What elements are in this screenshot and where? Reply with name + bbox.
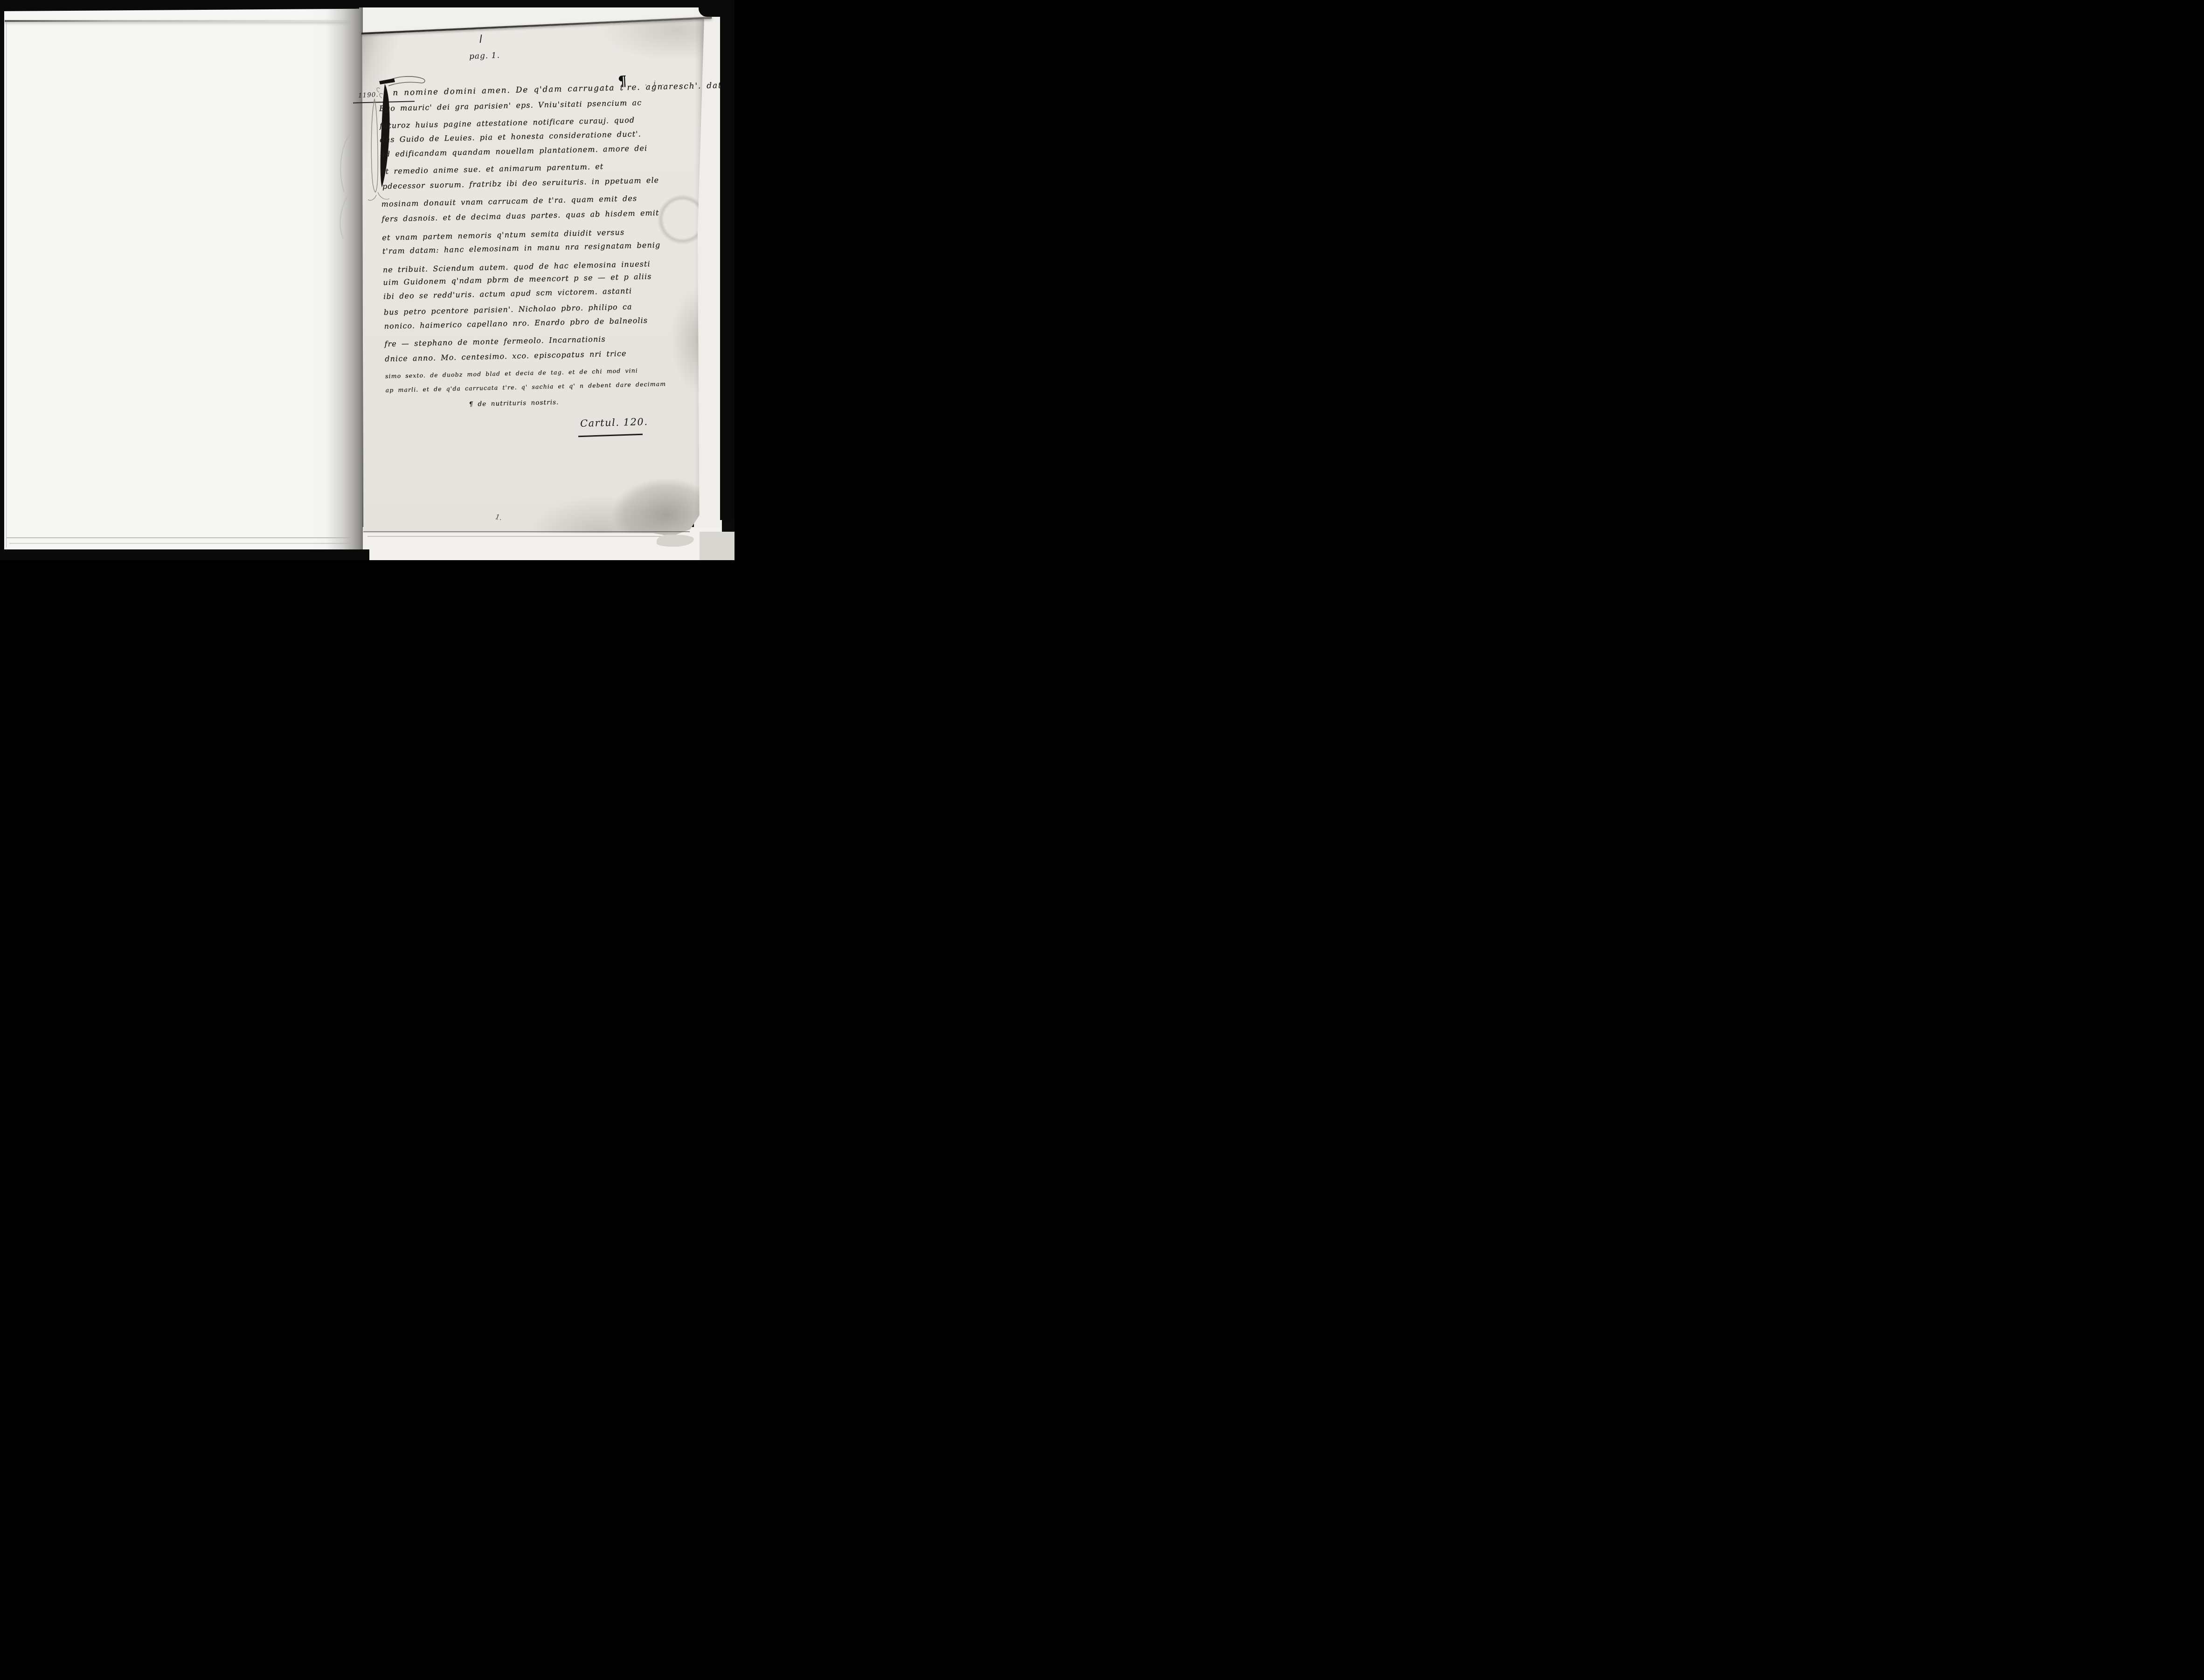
manuscript-line: uim Guidonem q'ndam pbrm de meencort p s… <box>383 272 651 287</box>
scan-border-left <box>0 0 4 560</box>
manuscript-line: pdecessor suorum. fratribz ibi deo serui… <box>382 175 659 190</box>
left-page-bottom-edge <box>9 543 358 544</box>
scan-border-right <box>720 0 735 520</box>
parchment-bottom-edge <box>367 536 675 537</box>
manuscript-line: ap marli. et de q'da carrucata t're. q' … <box>385 380 666 394</box>
left-page-left-edge <box>6 21 7 548</box>
manuscript-line: ad edificandam quandam nouellam plantati… <box>380 144 647 159</box>
manuscript-line: simo sexto. de duobz mod blad et decia d… <box>385 367 638 380</box>
scan-border-corner <box>699 0 735 17</box>
manuscript-line: fre — stephano de monte fermeolo. Incarn… <box>384 334 606 348</box>
manuscript-line: ¶ de nutrituris nostris. <box>469 398 559 408</box>
manuscript-line: et vnam partem nemoris q'ntum semita diu… <box>382 228 624 242</box>
scan-backing-corner <box>700 532 735 560</box>
manuscript-line: t'ram datam: hanc elemosinam in manu nra… <box>382 240 661 256</box>
manuscript-line: bus petro pcentore parisien'. Nicholao p… <box>384 302 632 317</box>
manuscript-line: dnice anno. Mo. centesimo. xco. episcopa… <box>385 349 627 363</box>
bottom-page-mark: 1. <box>495 513 503 522</box>
manuscript-line: dns Guido de Leuies. pia et honesta cons… <box>380 129 641 144</box>
cartulary-reference: Cartul. 120. <box>580 416 648 429</box>
parchment-bottom-edge <box>363 531 690 532</box>
manuscript-line: futuroz huius pagine attestatione notifi… <box>380 116 635 130</box>
scan-border-bottom <box>0 549 369 560</box>
manuscript-line: Ego mauric' dei gra parisien' eps. Vniu'… <box>379 98 642 113</box>
manuscript-line: mosinam donauit vnam carrucam de t'ra. q… <box>381 194 637 208</box>
manuscript-text-block: n nomine domini amen. De q'dam carrugata… <box>379 82 669 415</box>
manuscript-scan: pag. 1. 1190. ¶ . j . n nomine domini am… <box>0 0 735 560</box>
page-number-label: pag. 1. <box>469 51 500 61</box>
manuscript-line: et remedio anime sue. et animarum parent… <box>381 162 604 176</box>
left-blank-page <box>4 7 359 549</box>
left-page-bottom-edge <box>7 537 357 538</box>
manuscript-line: ne tribuit. Sciendum autem. quod de hac … <box>383 259 651 274</box>
left-page-top-edge <box>5 20 357 22</box>
manuscript-line: nonico. haimerico capellano nro. Enardo … <box>384 316 648 331</box>
manuscript-line: fers dasnois. et de decima duas partes. … <box>381 208 659 223</box>
manuscript-line: ibi deo se redd'uris. actum apud scm vic… <box>383 286 632 301</box>
